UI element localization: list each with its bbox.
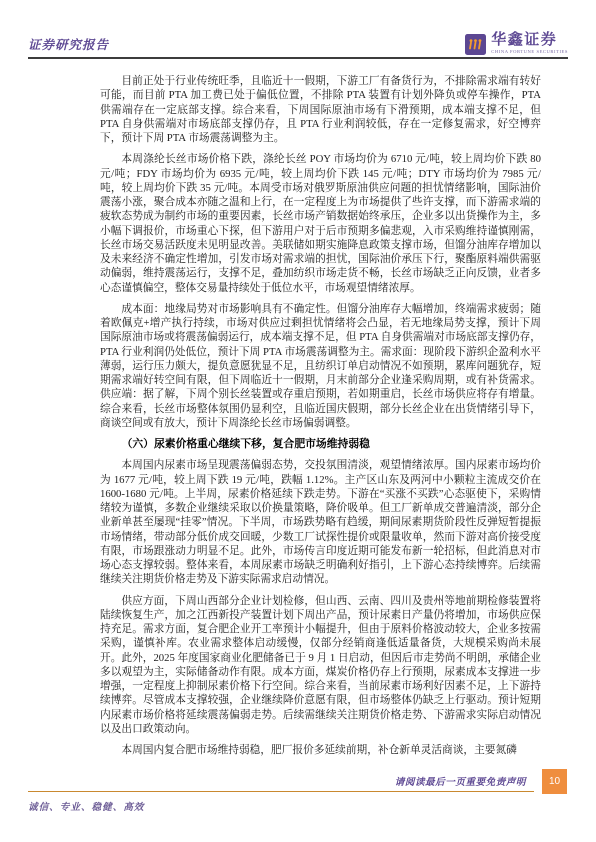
body-paragraph-pta-outlook: 目前正处于行业传统旺季，且临近十一假期，下游工厂有备货行为，不排除需求端有转好可… [100, 74, 541, 145]
brand-name: 华鑫证券 [491, 33, 568, 48]
section-heading-urea: （六）尿素价格重心继续下移，复合肥市场维持弱稳 [100, 437, 541, 451]
brand-logo-icon [465, 34, 486, 55]
company-slogan: 诚信、专业、稳健、高效 [28, 799, 145, 813]
report-page: 证券研究报告 华鑫证券 CHINA FORTUNE SE [0, 0, 596, 842]
body-paragraph-urea-week: 本周国内尿素市场呈现震荡偏弱态势，交投氛围清淡，观望情绪浓厚。国内尿素市场均价为… [100, 458, 541, 586]
body-paragraph-urea-supply-demand: 供应方面，下周山西部分企业计划检修，但山西、云南、四川及贵州等地前期检修装置将陆… [100, 594, 541, 737]
footer-divider [28, 791, 534, 792]
header-divider [28, 57, 568, 59]
report-type-label: 证券研究报告 [28, 35, 109, 56]
brand-logo: 华鑫证券 CHINA FORTUNE SECURITIES [465, 33, 568, 56]
page-header: 证券研究报告 华鑫证券 CHINA FORTUNE SE [28, 28, 568, 56]
body-paragraph-compound-fertilizer: 本周国内复合肥市场维持弱稳，肥厂报价多延续前期，补仓新单灵活商谈，主要氮磷 [100, 743, 541, 757]
report-body: 目前正处于行业传统旺季，且临近十一假期，下游工厂有备货行为，不排除需求端有转好可… [100, 74, 541, 764]
body-paragraph-polyester-filament-week: 本周涤纶长丝市场价格下跌，涤纶长丝 POY 市场均价为 6710 元/吨，较上周… [100, 152, 541, 295]
brand-logo-text: 华鑫证券 CHINA FORTUNE SECURITIES [491, 33, 568, 55]
page-number-badge: 10 [542, 769, 567, 794]
disclaimer-note: 请阅读最后一页重要免责声明 [395, 774, 526, 788]
body-paragraph-cost-demand-supply: 成本面：地缘局势对市场影响具有不确定性。但馏分油库存大幅增加，终端需求疲弱；随着… [100, 302, 541, 430]
brand-subtitle: CHINA FORTUNE SECURITIES [491, 50, 568, 55]
